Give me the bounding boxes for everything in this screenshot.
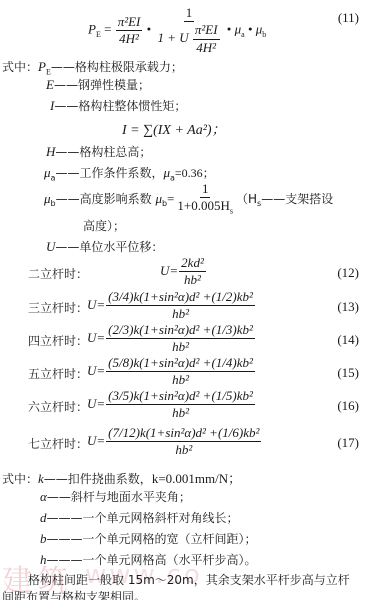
- equation-number: (12): [337, 265, 359, 281]
- paragraph-line-2: 间距布置与格构支架相同。: [2, 588, 146, 600]
- fraction: (7/12)k(1+sin²α)d² +(1/6)kb²hb²: [106, 426, 261, 458]
- where-item-E: E——钢弹性模量；: [46, 76, 150, 93]
- fraction: 11 + U π²EI4H²: [155, 6, 222, 55]
- fraction: (5/8)k(1+sin²α)d² +(1/4)kb²hb²: [106, 356, 255, 388]
- eq14-label: 四立杆时：: [28, 332, 88, 349]
- where-item-k: 式中：k——扣件挠曲系数，k=0.001mm/N；: [2, 468, 241, 487]
- equation-number: (15): [337, 365, 359, 381]
- equation-13: U=(3/4)k(1+sin²α)d² +(1/2)kb²hb²: [87, 290, 256, 322]
- eq16-label: 六立杆时：: [28, 398, 88, 415]
- where-item-mu-b-cont: 高度）；: [83, 217, 125, 234]
- eq13-label: 三立杆时：: [28, 299, 88, 316]
- where-item-H: H——格构柱总高；: [46, 143, 151, 160]
- paragraph-line-1: 格构柱间距一般取 15m～20m，其余支架水平杆步高与立杆: [28, 571, 350, 588]
- fraction: 2kd²hb²: [179, 256, 206, 288]
- equation-16: U=(3/5)k(1+sin²α)d² +(1/5)kb²hb²: [87, 389, 256, 421]
- eq17-label: 七立杆时：: [28, 435, 88, 452]
- equation-12: U=2kd²hb²: [160, 256, 207, 288]
- equation-15: U=(5/8)k(1+sin²α)d² +(1/4)kb²hb²: [87, 356, 256, 388]
- equation-number: (13): [337, 299, 359, 315]
- fraction: (3/5)k(1+sin²α)d² +(1/5)kb²hb²: [106, 389, 255, 421]
- where-item-I: I——格构柱整体惯性矩；: [50, 97, 186, 114]
- where-item-alpha: α——斜杆与地面水平夹角；: [40, 488, 191, 505]
- equation-number: (16): [337, 398, 359, 414]
- fraction: 11+0.005Hs: [175, 182, 235, 217]
- where-item-U: U——单位水平位移：: [46, 238, 163, 255]
- equation-number: (14): [337, 332, 359, 348]
- where-item-PE: 式中：PE——格构柱极限承载力；: [2, 58, 183, 76]
- fraction: (2/3)k(1+sin²α)d² +(1/3)kb²hb²: [106, 323, 255, 355]
- eq15-label: 五立杆时：: [28, 365, 88, 382]
- fraction: π²EI4H²: [116, 15, 143, 47]
- equation-number: (11): [338, 10, 359, 26]
- where-item-d: d———一个单元网格斜杆对角线长；: [40, 509, 239, 526]
- where-item-h: h———一个单元网格高（水平杆步高）。: [40, 551, 257, 568]
- fraction: (3/4)k(1+sin²α)d² +(1/2)kb²hb²: [106, 290, 255, 322]
- equation-17: U=(7/12)k(1+sin²α)d² +(1/6)kb²hb²: [87, 426, 262, 458]
- where-item-mu-b: μb——高度影响系数 μb=11+0.005Hs（Hs——支架搭设: [44, 182, 333, 217]
- where-item-b: b———一个单元网格的宽（立杆间距）；: [40, 530, 257, 547]
- inertia-formula: I = ∑(IX + Aa²)；: [122, 119, 226, 139]
- equation-11: PE = π²EI4H² • 11 + U π²EI4H² • μa • μb: [88, 6, 266, 55]
- where-item-mu-a: μa——工作条件系数，μa=0.36；: [44, 164, 215, 182]
- equation-14: U=(2/3)k(1+sin²α)d² +(1/3)kb²hb²: [87, 323, 256, 355]
- equation-number: (17): [337, 435, 359, 451]
- eq12-label: 二立杆时：: [28, 265, 88, 282]
- fraction: π²EI4H²: [193, 23, 220, 55]
